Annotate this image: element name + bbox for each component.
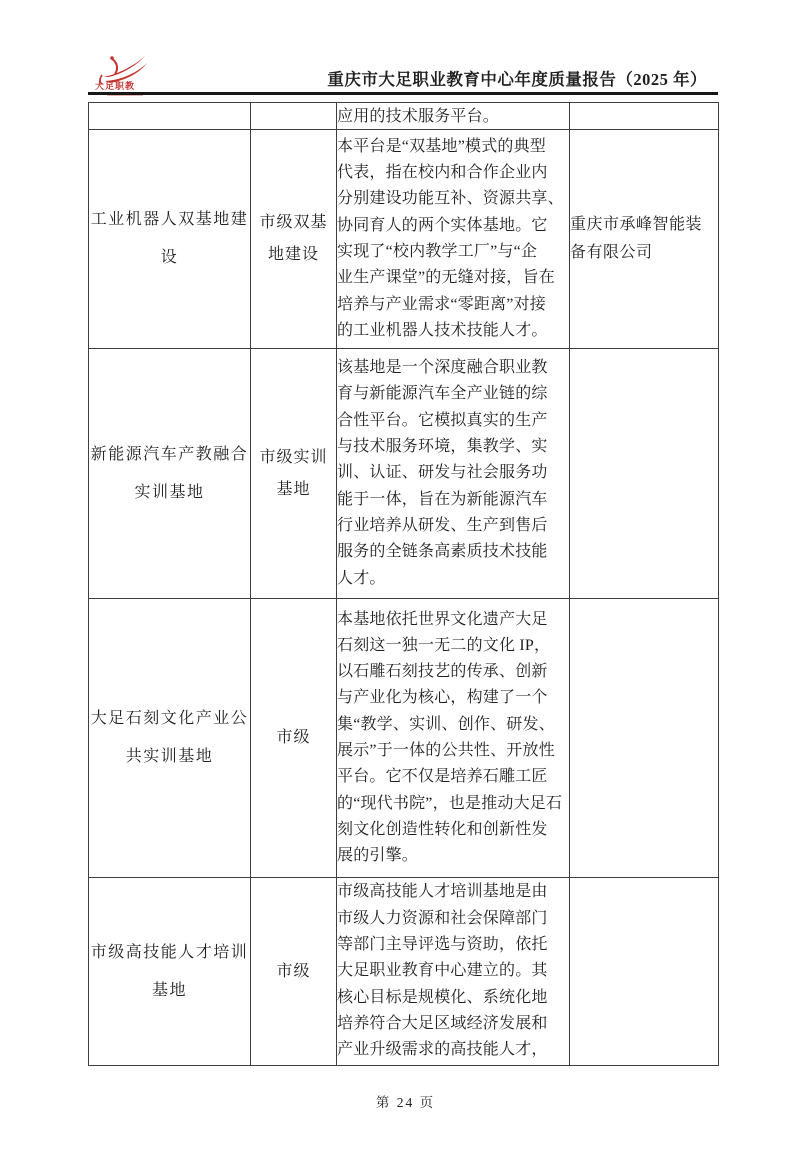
cell-level <box>251 103 337 130</box>
cell-partner <box>570 599 719 878</box>
table-row-new-energy-vehicle: 新能源汽车产教融合 实训基地 市级实训 基地 该基地是一个深度融合职业教 育与新… <box>89 349 719 599</box>
document-page: 大足职教 重庆市大足职业教育中心年度质量报告（2025 年） 应用的技术服务平台… <box>0 0 811 1158</box>
table-row-dazu-rock-carving: 大足石刻文化产业公 共实训基地 市级 本基地依托世界文化遗产大足 石刻这一独一无… <box>89 599 719 878</box>
cell-level: 市级 <box>251 599 337 878</box>
cell-description: 该基地是一个深度融合职业教 育与新能源汽车全产业链的综 合性平台。它模拟真实的生… <box>337 349 570 599</box>
cell-level: 市级实训 基地 <box>251 349 337 599</box>
cell-description: 本基地依托世界文化遗产大足 石刻这一独一无二的文化 IP， 以石雕石刻技艺的传承… <box>337 599 570 878</box>
logo: 大足职教 <box>95 55 159 105</box>
cell-project-name: 新能源汽车产教融合 实训基地 <box>89 349 251 599</box>
page-number: 第 24 页 <box>0 1091 811 1111</box>
cell-project-name: 市级高技能人才培训 基地 <box>89 878 251 1066</box>
cell-level: 市级 <box>251 878 337 1066</box>
cell-description: 应用的技术服务平台。 <box>337 103 570 130</box>
cell-project-name: 工业机器人双基地建 设 <box>89 130 251 349</box>
cell-level: 市级双基 地建设 <box>251 130 337 349</box>
header-divider <box>88 92 718 95</box>
cell-partner <box>570 349 719 599</box>
cell-project-name: 大足石刻文化产业公 共实训基地 <box>89 599 251 878</box>
cell-description: 市级高技能人才培训基地是由 市级人力资源和社会保障部门 等部门主导评选与资助，依… <box>337 878 570 1066</box>
cell-project-name <box>89 103 251 130</box>
cell-partner <box>570 103 719 130</box>
report-title: 重庆市大足职业教育中心年度质量报告（2025 年） <box>327 66 707 90</box>
table-row-continuation: 应用的技术服务平台。 <box>89 103 719 130</box>
cell-partner <box>570 878 719 1066</box>
table-row-industrial-robot: 工业机器人双基地建 设 市级双基 地建设 本平台是“双基地”模式的典型 代表，指… <box>89 130 719 349</box>
cell-partner: 重庆市承峰智能装 备有限公司 <box>570 130 719 349</box>
logo-brand-text: 大足职教 <box>95 79 135 92</box>
training-bases-table: 应用的技术服务平台。 工业机器人双基地建 设 市级双基 地建设 本平台是“双基地… <box>88 102 719 1066</box>
table-row-high-skill-talent: 市级高技能人才培训 基地 市级 市级高技能人才培训基地是由 市级人力资源和社会保… <box>89 878 719 1066</box>
cell-description: 本平台是“双基地”模式的典型 代表，指在校内和合作企业内 分别建设功能互补、资源… <box>337 130 570 349</box>
